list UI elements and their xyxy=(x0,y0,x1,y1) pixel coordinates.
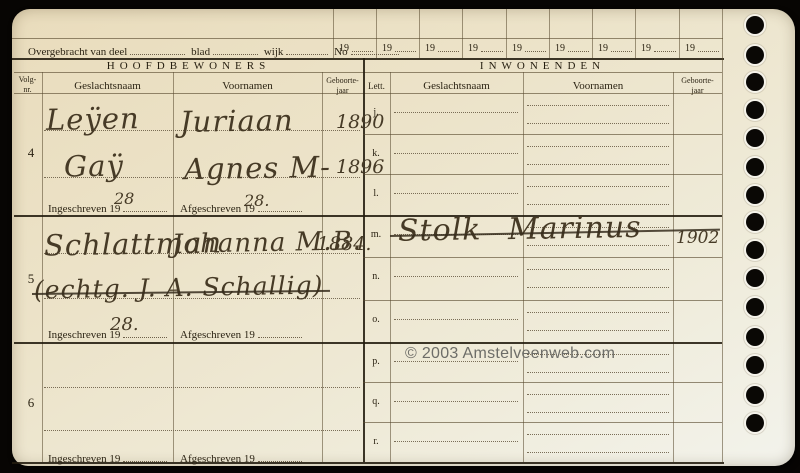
entry-birthyear: 1902 xyxy=(676,230,719,247)
writing-line xyxy=(527,287,669,288)
punch-hole xyxy=(746,16,764,34)
row-letter: o. xyxy=(364,314,388,325)
transfer-label-overgebracht: Overgebracht van deel xyxy=(28,46,127,58)
entry-spouse-note: (echtg. J. A. Schallig) xyxy=(34,272,324,302)
row-letter: n. xyxy=(364,271,388,282)
writing-line xyxy=(527,123,669,124)
row-rule xyxy=(363,300,722,301)
inwonenden-title: INWONENDEN xyxy=(363,60,722,72)
dotted-blank xyxy=(123,450,167,462)
transfer-label-wijk: wijk xyxy=(264,46,284,58)
year-prefix: 19 xyxy=(598,43,608,54)
punch-hole xyxy=(746,241,764,259)
writing-line xyxy=(527,312,669,313)
dotted-blank xyxy=(525,51,546,52)
row-rule xyxy=(363,422,722,423)
row-rule xyxy=(363,134,722,135)
column-header-geslachtsnaam-right: Geslachtsnaam xyxy=(390,80,523,92)
year-prefix: 19 xyxy=(641,43,651,54)
row-letter: p. xyxy=(364,356,388,367)
writing-line xyxy=(527,105,669,106)
row-letter: r. xyxy=(364,436,388,447)
column-rule xyxy=(673,72,674,462)
label-text: Ingeschreven 19 xyxy=(48,203,120,215)
volgnr: 4 xyxy=(20,145,42,161)
label-text: Afgeschreven 19 xyxy=(180,329,255,341)
dotted-blank xyxy=(568,51,589,52)
afgeschreven-label: Afgeschreven 19 xyxy=(180,200,305,215)
geboortejaar-line1: Geboorte- xyxy=(326,76,358,85)
dotted-blank xyxy=(130,43,185,55)
entry-birthyear: 1896 xyxy=(336,158,384,177)
punch-hole xyxy=(746,269,764,287)
writing-line xyxy=(527,434,669,435)
dotted-blank xyxy=(258,450,302,462)
entry-surname: Leÿen xyxy=(46,104,140,135)
year-prefix: 19 xyxy=(685,43,695,54)
punch-hole xyxy=(746,101,764,119)
year-cell: 19 xyxy=(592,9,636,58)
punch-hole xyxy=(746,356,764,374)
afgeschreven-label: Afgeschreven 19 xyxy=(180,450,305,465)
dotted-blank xyxy=(438,51,459,52)
ingeschreven-label: Ingeschreven 19 xyxy=(48,200,170,215)
writing-line xyxy=(394,153,518,154)
entry-birthyear: 1884. xyxy=(317,235,371,254)
year-cell: 19 xyxy=(419,9,463,58)
entry-firstnames: Marinus xyxy=(508,213,642,245)
dotted-blank xyxy=(611,51,632,52)
writing-line xyxy=(44,387,360,388)
punch-hole xyxy=(746,73,764,91)
scanned-register-photo: Overgebracht van deel blad wijk No 19 19… xyxy=(0,0,800,473)
writing-line xyxy=(394,319,518,320)
divider xyxy=(14,72,722,73)
year-prefix: 19 xyxy=(555,43,565,54)
year-prefix: 19 xyxy=(425,43,435,54)
table-right-rule xyxy=(722,9,723,462)
year-cell: 19 xyxy=(333,9,377,58)
geboortejaar-line1: Geboorte- xyxy=(681,76,713,85)
punch-hole xyxy=(746,414,764,432)
year-cell: 19 xyxy=(506,9,550,58)
punch-hole xyxy=(746,298,764,316)
dotted-blank xyxy=(654,51,676,52)
writing-line xyxy=(394,276,518,277)
writing-line xyxy=(527,452,669,453)
punch-hole xyxy=(746,46,764,64)
row-letter: l. xyxy=(364,188,388,199)
dotted-blank xyxy=(213,43,258,55)
entry-birthyear: 1890 xyxy=(336,113,384,132)
writing-line xyxy=(394,441,518,442)
entry-firstnames: Juriaan xyxy=(180,106,294,137)
label-text: Afgeschreven 19 xyxy=(180,453,255,465)
afgeschreven-year: 28. xyxy=(244,193,269,209)
ingeschreven-year: 28 xyxy=(114,191,134,207)
writing-line xyxy=(527,164,669,165)
punch-hole xyxy=(746,328,764,346)
writing-line xyxy=(527,330,669,331)
writing-line xyxy=(527,372,669,373)
writing-line xyxy=(527,412,669,413)
dotted-blank xyxy=(258,326,302,338)
row-rule xyxy=(363,257,722,258)
writing-line xyxy=(527,186,669,187)
year-prefix: 19 xyxy=(468,43,478,54)
row-letter: q. xyxy=(364,396,388,407)
writing-line xyxy=(44,430,360,431)
year-cell: 19 xyxy=(376,9,420,58)
column-header-voornamen-left: Voornamen xyxy=(173,80,322,92)
punch-hole xyxy=(746,186,764,204)
entry-surname: Stolk xyxy=(398,215,482,246)
year-prefix: 19 xyxy=(382,43,392,54)
punch-hole xyxy=(746,213,764,231)
watermark: © 2003 Amstelveenweb.com xyxy=(405,345,615,363)
year-cell: 19 xyxy=(635,9,680,58)
ingeschreven-label: Ingeschreven 19 xyxy=(48,450,170,465)
year-cell: 19 xyxy=(679,9,723,58)
row-rule xyxy=(363,382,722,383)
column-header-volgnr-line1: Volg- xyxy=(19,75,37,84)
writing-line xyxy=(394,112,518,113)
entry-firstnames: Agnes M- xyxy=(184,153,331,185)
divider xyxy=(14,93,722,94)
year-cell: 19 xyxy=(549,9,593,58)
dotted-blank xyxy=(395,51,416,52)
year-prefix: 19 xyxy=(339,43,349,54)
hoofdbewoners-title: HOOFDBEWONERS xyxy=(14,60,363,72)
writing-line xyxy=(527,204,669,205)
writing-line xyxy=(527,269,669,270)
transfer-label-blad: blad xyxy=(191,46,210,58)
column-header-volgnr: Volg- nr. xyxy=(13,75,42,94)
afgeschreven-label: Afgeschreven 19 xyxy=(180,326,305,341)
volgnr: 6 xyxy=(20,395,42,411)
block-divider xyxy=(14,342,722,344)
population-register-card: Overgebracht van deel blad wijk No 19 19… xyxy=(12,9,795,466)
dotted-blank xyxy=(352,51,373,52)
column-header-geslachtsnaam-left: Geslachtsnaam xyxy=(42,80,173,92)
label-text: Ingeschreven 19 xyxy=(48,453,120,465)
dotted-blank xyxy=(286,43,328,55)
ingeschreven-year: 28. xyxy=(110,316,139,334)
punch-hole xyxy=(746,158,764,176)
column-header-voornamen-right: Voornamen xyxy=(523,80,673,92)
column-rule xyxy=(42,72,43,462)
row-rule xyxy=(363,174,722,175)
writing-line xyxy=(527,146,669,147)
punch-hole xyxy=(746,129,764,147)
column-rule xyxy=(523,72,524,462)
entry-surname: Gaÿ xyxy=(64,151,124,181)
column-rule xyxy=(390,72,391,462)
year-prefix: 19 xyxy=(512,43,522,54)
writing-line xyxy=(394,401,518,402)
column-header-lett: Lett. xyxy=(363,81,390,91)
dotted-blank xyxy=(481,51,503,52)
dotted-blank xyxy=(698,51,719,52)
writing-line xyxy=(527,394,669,395)
writing-line xyxy=(394,193,518,194)
punch-hole xyxy=(746,386,764,404)
year-cell: 19 xyxy=(462,9,507,58)
